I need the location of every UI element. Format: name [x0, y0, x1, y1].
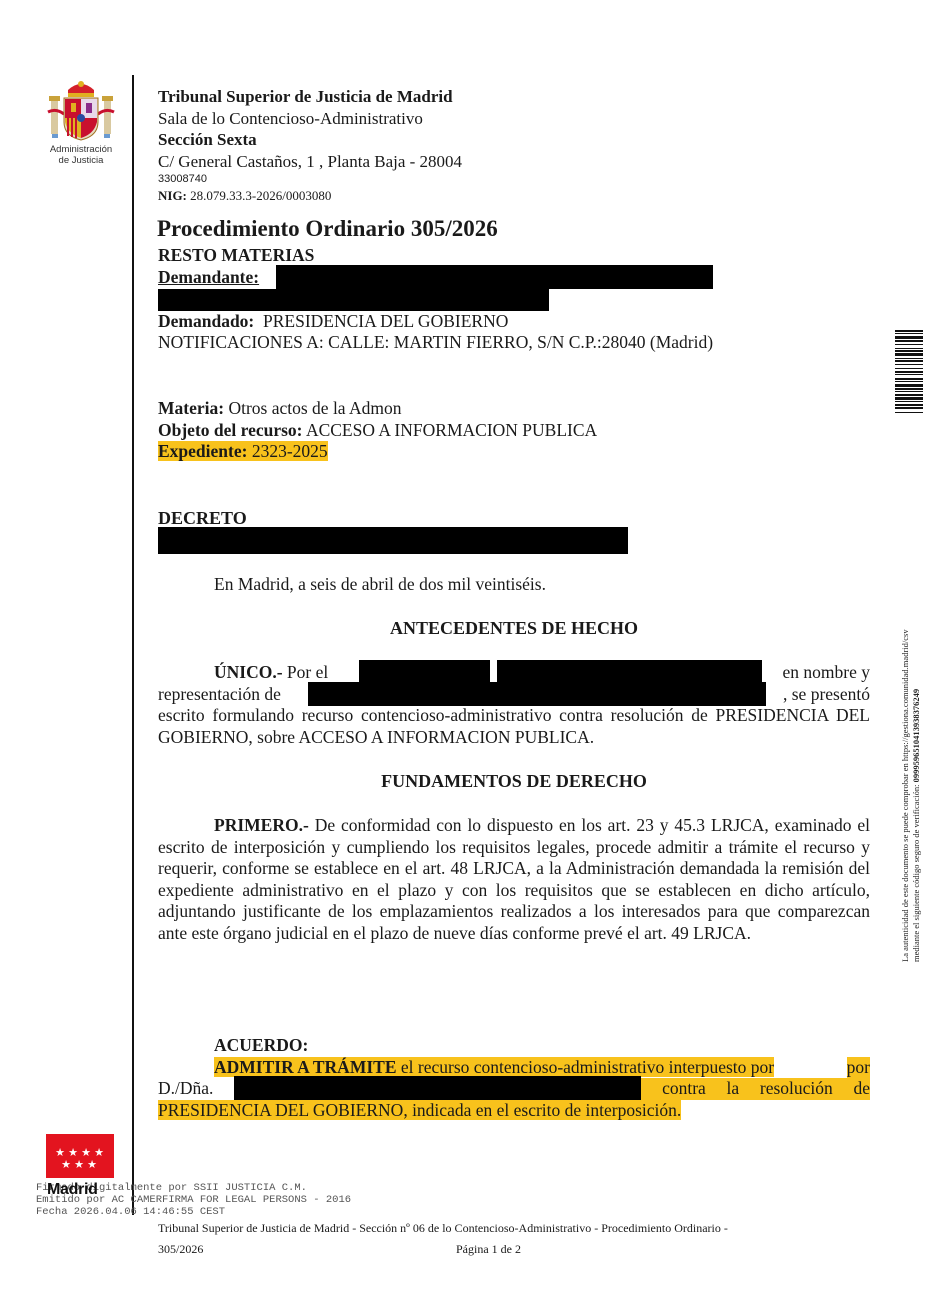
svg-text:★: ★: [74, 1158, 84, 1171]
spanish-coat-of-arms-icon: [46, 78, 116, 144]
procedure-title: Procedimiento Ordinario 305/2026: [157, 215, 498, 243]
page-number: Página 1 de 2: [456, 1239, 521, 1260]
svg-text:★: ★: [87, 1158, 97, 1171]
verification-line1: La autenticidad de este documento se pue…: [900, 512, 911, 962]
madrid-wordmark: Madrid: [47, 1181, 98, 1199]
place-date-text: En Madrid, a seis de abril de dos mil ve…: [214, 574, 546, 594]
unico-rest: escrito formulando recurso contencioso-a…: [158, 705, 870, 748]
chamber-name: Sala de lo Contencioso-Administrativo: [158, 108, 462, 130]
administracion-justicia-logo: Administración de Justicia: [44, 78, 118, 178]
section-name: Sección Sexta: [158, 129, 462, 151]
court-address: C/ General Castaños, 1 , Planta Baja - 2…: [158, 151, 462, 173]
case-meta: Materia: Otros actos de la Admon Objeto …: [158, 398, 597, 463]
defendant-value: PRESIDENCIA DEL GOBIERNO: [263, 311, 508, 331]
nig-label: NIG:: [158, 188, 187, 203]
page-footer: Tribunal Superior de Justicia de Madrid …: [158, 1218, 870, 1260]
defendant: Demandado: PRESIDENCIA DEL GOBIERNO: [158, 311, 508, 332]
materia: Materia: Otros actos de la Admon: [158, 398, 597, 420]
nig: NIG: 28.079.33.3-2026/0003080: [158, 186, 462, 205]
footer-line1: Tribunal Superior de Justicia de Madrid …: [158, 1218, 870, 1239]
court-header: Tribunal Superior de Justicia de Madrid …: [158, 86, 462, 205]
subject-type: RESTO MATERIAS: [158, 244, 314, 266]
materia-value: Otros actos de la Admon: [228, 398, 401, 418]
csv-code: 0999596510413938376249: [911, 689, 921, 783]
expediente-label: Expediente:: [158, 441, 247, 461]
barcode-icon: [895, 330, 923, 470]
materia-label: Materia:: [158, 398, 224, 418]
comunidad-madrid-logo: ★★★★ ★★★: [46, 1134, 114, 1178]
admit-label: ADMITIR A TRÁMITE: [214, 1057, 397, 1077]
redaction-unico-1: [359, 660, 490, 684]
plaintiff-label: Demandante:: [158, 266, 259, 288]
acuerdo-final: PRESIDENCIA DEL GOBIERNO, indicada en el…: [158, 1100, 681, 1120]
court-code: 33008740: [158, 172, 462, 186]
acuerdo-heading: ACUERDO:: [214, 1035, 308, 1055]
seven-stars-icon: ★★★★ ★★★: [46, 1134, 114, 1178]
footer-case-number: 305/2026: [158, 1242, 203, 1256]
crest-caption-line2: de Justicia: [44, 155, 118, 166]
redaction-plaintiff-2: [158, 289, 549, 311]
defendant-label: Demandado:: [158, 311, 254, 331]
verification-note: La autenticidad de este documento se pue…: [900, 512, 922, 962]
place-date: En Madrid, a seis de abril de dos mil ve…: [158, 574, 870, 596]
primero-label: PRIMERO.-: [214, 815, 309, 835]
decree-title: DECRETO: [158, 507, 247, 529]
fundamentos-primero: PRIMERO.- De conformidad con lo dispuest…: [158, 815, 870, 945]
notifications-address: NOTIFICACIONES A: CALLE: MARTIN FIERRO, …: [158, 332, 713, 353]
verification-line2-label: mediante el siguiente código seguro de v…: [911, 785, 921, 963]
redaction-unico-3: [308, 682, 766, 706]
objeto: Objeto del recurso: ACCESO A INFORMACION…: [158, 420, 597, 442]
expediente-value: 2323-2025: [252, 441, 328, 461]
unico-label: ÚNICO.-: [214, 662, 283, 682]
objeto-label: Objeto del recurso:: [158, 420, 303, 440]
nig-value: 28.079.33.3-2026/0003080: [190, 188, 331, 203]
redaction-acuerdo: [234, 1076, 641, 1100]
svg-text:★: ★: [61, 1158, 71, 1171]
antecedentes-heading: ANTECEDENTES DE HECHO: [158, 618, 870, 639]
margin-rule: [132, 75, 134, 1215]
expediente: Expediente: 2323-2025: [158, 441, 597, 463]
objeto-value: ACCESO A INFORMACION PUBLICA: [306, 420, 597, 440]
fundamentos-heading: FUNDAMENTOS DE DERECHO: [158, 771, 870, 792]
crest-caption-line1: Administración: [44, 144, 118, 155]
redaction-unico-2: [497, 660, 762, 684]
court-name: Tribunal Superior de Justicia de Madrid: [158, 86, 462, 108]
redaction-plaintiff-1: [276, 265, 713, 289]
redaction-decree-number: [158, 527, 628, 554]
